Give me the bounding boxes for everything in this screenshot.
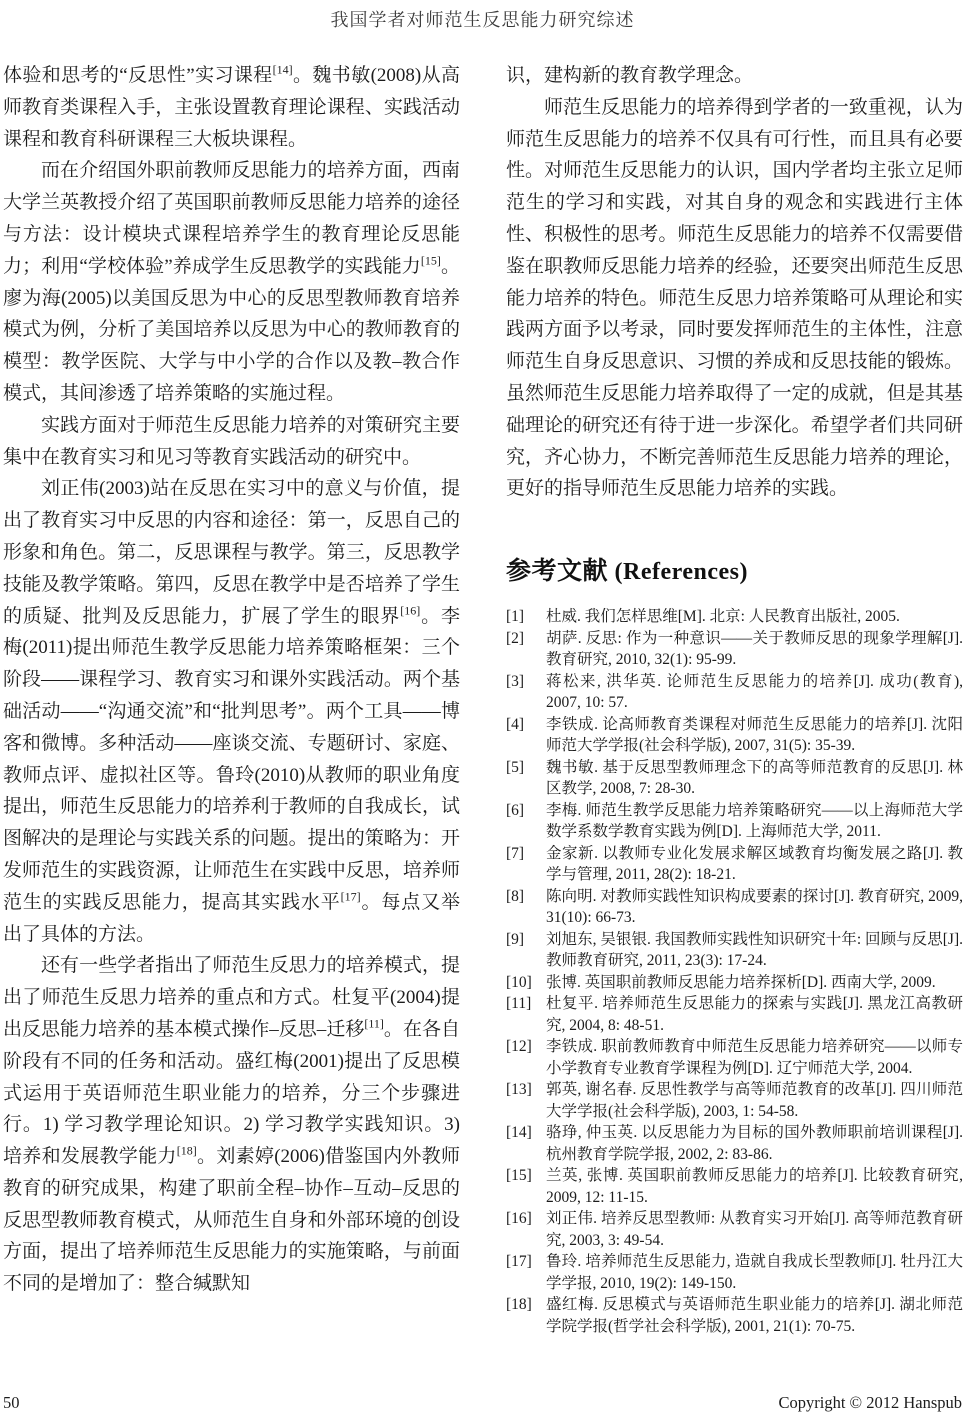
- citation-superscript: [17]: [341, 889, 361, 903]
- reference-text: 骆琤, 仲玉英. 以反思能力为目标的国外教师职前培训课程[J]. 杭州教育学院学…: [546, 1122, 963, 1165]
- reference-text: 刘正伟. 培养反思型教师: 从教育实习开始[J]. 高等师范教育研究, 2003…: [546, 1208, 963, 1251]
- right-column: 识，建构新的教育教学理念。师范生反思能力的培养得到学者的一致重视，认为师范生反思…: [506, 60, 963, 1337]
- reference-number: [12]: [506, 1036, 546, 1079]
- reference-text: 刘旭东, 吴银银. 我国教师实践性知识研究十年: 回顾与反思[J]. 教师教育研…: [546, 929, 963, 972]
- reference-text: 张博. 英国职前教师反思能力培养探析[D]. 西南大学, 2009.: [546, 972, 963, 994]
- reference-item: [5]魏书敏. 基于反思型教师理念下的高等师范教育的反思[J]. 林区教学, 2…: [506, 757, 963, 800]
- reference-text: 蒋松来, 洪华英. 论师范生反思能力的培养[J]. 成功(教育), 2007, …: [546, 671, 963, 714]
- reference-text: 陈向明. 对教师实践性知识构成要素的探讨[J]. 教育研究, 2009, 31(…: [546, 886, 963, 929]
- reference-number: [17]: [506, 1251, 546, 1294]
- reference-item: [1]杜威. 我们怎样思维[M]. 北京: 人民教育出版社, 2005.: [506, 606, 963, 628]
- reference-number: [15]: [506, 1165, 546, 1208]
- reference-text: 鲁玲. 培养师范生反思能力, 造就自我成长型教师[J]. 牡丹江大学学报, 20…: [546, 1251, 963, 1294]
- reference-item: [7]金家新. 以教师专业化发展求解区域教育均衡发展之路[J]. 教学与管理, …: [506, 843, 963, 886]
- paragraph: 师范生反思能力的培养得到学者的一致重视，认为师范生反思能力的培养不仅具有可行性，…: [506, 92, 963, 505]
- paragraph: 实践方面对于师范生反思能力培养的对策研究主要集中在教育实习和见习等教育实践活动的…: [3, 410, 460, 474]
- reference-number: [9]: [506, 929, 546, 972]
- reference-item: [3]蒋松来, 洪华英. 论师范生反思能力的培养[J]. 成功(教育), 200…: [506, 671, 963, 714]
- reference-number: [2]: [506, 628, 546, 671]
- reference-text: 胡萨. 反思: 作为一种意识——关于教师反思的现象学理解[J]. 教育研究, 2…: [546, 628, 963, 671]
- paragraph: 识，建构新的教育教学理念。: [506, 60, 963, 92]
- reference-item: [14]骆琤, 仲玉英. 以反思能力为目标的国外教师职前培训课程[J]. 杭州教…: [506, 1122, 963, 1165]
- reference-item: [11]杜复平. 培养师范生反思能力的探索与实践[J]. 黑龙江高教研究, 20…: [506, 993, 963, 1036]
- reference-number: [4]: [506, 714, 546, 757]
- reference-text: 兰英, 张博. 英国职前教师反思能力的培养[J]. 比较教育研究, 2009, …: [546, 1165, 963, 1208]
- paragraph: 而在介绍国外职前教师反思能力的培养方面，西南大学兰英教授介绍了英国职前教师反思能…: [3, 155, 460, 409]
- reference-item: [18]盛红梅. 反思模式与英语师范生职业能力的培养[J]. 湖北师范学院学报(…: [506, 1294, 963, 1337]
- references-list: [1]杜威. 我们怎样思维[M]. 北京: 人民教育出版社, 2005.[2]胡…: [506, 606, 963, 1337]
- paragraph: 体验和思考的“反思性”实习课程[14]。魏书敏(2008)从高师教育类课程入手，…: [3, 60, 460, 155]
- reference-text: 盛红梅. 反思模式与英语师范生职业能力的培养[J]. 湖北师范学院学报(哲学社会…: [546, 1294, 963, 1337]
- reference-number: [14]: [506, 1122, 546, 1165]
- citation-superscript: [11]: [364, 1017, 384, 1031]
- reference-item: [6]李梅. 师范生教学反思能力培养策略研究——以上海师范大学数学系数学教育实践…: [506, 800, 963, 843]
- reference-number: [10]: [506, 972, 546, 994]
- reference-item: [10]张博. 英国职前教师反思能力培养探析[D]. 西南大学, 2009.: [506, 972, 963, 994]
- citation-superscript: [14]: [273, 63, 293, 77]
- references-heading-zh: 参考文献: [506, 558, 608, 585]
- reference-text: 李铁成. 职前教师教育中师范生反思能力培养研究——以师专小学教育专业教育学课程为…: [546, 1036, 963, 1079]
- page-number: 50: [3, 1393, 20, 1413]
- reference-item: [13]郭英, 谢名春. 反思性教学与高等师范教育的改革[J]. 四川师范大学学…: [506, 1079, 963, 1122]
- right-column-body: 识，建构新的教育教学理念。师范生反思能力的培养得到学者的一致重视，认为师范生反思…: [506, 60, 963, 505]
- reference-number: [3]: [506, 671, 546, 714]
- reference-number: [5]: [506, 757, 546, 800]
- reference-text: 郭英, 谢名春. 反思性教学与高等师范教育的改革[J]. 四川师范大学学报(社会…: [546, 1079, 963, 1122]
- reference-text: 金家新. 以教师专业化发展求解区域教育均衡发展之路[J]. 教学与管理, 201…: [546, 843, 963, 886]
- reference-item: [15]兰英, 张博. 英国职前教师反思能力的培养[J]. 比较教育研究, 20…: [506, 1165, 963, 1208]
- page-footer: 50 Copyright © 2012 Hanspub: [3, 1393, 962, 1413]
- reference-text: 李铁成. 论高师教育类课程对师范生反思能力的培养[J]. 沈阳师范大学学报(社会…: [546, 714, 963, 757]
- reference-text: 李梅. 师范生教学反思能力培养策略研究——以上海师范大学数学系数学教育实践为例[…: [546, 800, 963, 843]
- reference-number: [1]: [506, 606, 546, 628]
- document-page: 我国学者对师范生反思能力研究综述 体验和思考的“反思性”实习课程[14]。魏书敏…: [0, 0, 965, 1414]
- reference-item: [17]鲁玲. 培养师范生反思能力, 造就自我成长型教师[J]. 牡丹江大学学报…: [506, 1251, 963, 1294]
- paragraph: 还有一些学者指出了师范生反思力的培养模式，提出了师范生反思力培养的重点和方式。杜…: [3, 950, 460, 1300]
- reference-number: [11]: [506, 993, 546, 1036]
- reference-text: 杜威. 我们怎样思维[M]. 北京: 人民教育出版社, 2005.: [546, 606, 963, 628]
- reference-item: [2]胡萨. 反思: 作为一种意识——关于教师反思的现象学理解[J]. 教育研究…: [506, 628, 963, 671]
- reference-text: 魏书敏. 基于反思型教师理念下的高等师范教育的反思[J]. 林区教学, 2008…: [546, 757, 963, 800]
- reference-item: [4]李铁成. 论高师教育类课程对师范生反思能力的培养[J]. 沈阳师范大学学报…: [506, 714, 963, 757]
- reference-number: [6]: [506, 800, 546, 843]
- left-column: 体验和思考的“反思性”实习课程[14]。魏书敏(2008)从高师教育类课程入手，…: [3, 60, 460, 1337]
- reference-item: [8]陈向明. 对教师实践性知识构成要素的探讨[J]. 教育研究, 2009, …: [506, 886, 963, 929]
- paragraph: 刘正伟(2003)站在反思在实习中的意义与价值，提出了教育实习中反思的内容和途径…: [3, 473, 460, 950]
- citation-superscript: [18]: [177, 1144, 197, 1158]
- reference-number: [18]: [506, 1294, 546, 1337]
- reference-number: [13]: [506, 1079, 546, 1122]
- page-header-title: 我国学者对师范生反思能力研究综述: [0, 6, 965, 32]
- reference-item: [9]刘旭东, 吴银银. 我国教师实践性知识研究十年: 回顾与反思[J]. 教师…: [506, 929, 963, 972]
- reference-text: 杜复平. 培养师范生反思能力的探索与实践[J]. 黑龙江高教研究, 2004, …: [546, 993, 963, 1036]
- two-column-layout: 体验和思考的“反思性”实习课程[14]。魏书敏(2008)从高师教育类课程入手，…: [3, 60, 962, 1337]
- reference-item: [12]李铁成. 职前教师教育中师范生反思能力培养研究——以师专小学教育专业教育…: [506, 1036, 963, 1079]
- reference-number: [7]: [506, 843, 546, 886]
- copyright-notice: Copyright © 2012 Hanspub: [779, 1393, 963, 1413]
- references-heading-en: (References): [608, 559, 748, 585]
- reference-number: [16]: [506, 1208, 546, 1251]
- citation-superscript: [16]: [400, 603, 420, 617]
- citation-superscript: [15]: [421, 253, 441, 267]
- reference-number: [8]: [506, 886, 546, 929]
- references-heading: 参考文献 (References): [506, 551, 963, 587]
- reference-item: [16]刘正伟. 培养反思型教师: 从教育实习开始[J]. 高等师范教育研究, …: [506, 1208, 963, 1251]
